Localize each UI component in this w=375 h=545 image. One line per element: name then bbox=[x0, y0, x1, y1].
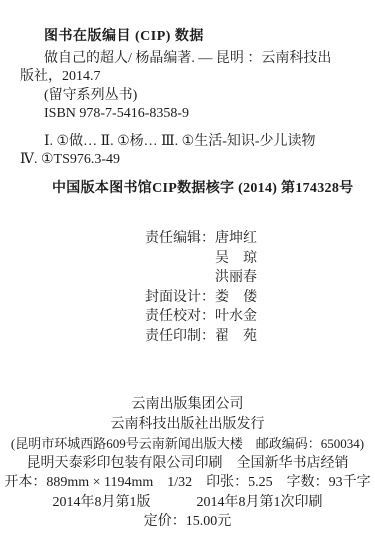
staff-row: 封面设计： 娄 偻 bbox=[145, 288, 257, 308]
cip-series: (留守系列丛书) bbox=[20, 87, 365, 106]
staff-name: 唐坤红 bbox=[215, 229, 257, 249]
cip-title-line-2: 版社，2014.7 bbox=[20, 68, 365, 87]
cip-title-line-1: 做自己的超人/ 杨晶编著. — 昆明 ：云南科技出 bbox=[20, 50, 365, 69]
cip-classification-line-1: Ⅰ. ①做… Ⅱ. ①杨… Ⅲ. ①生活-知识-少儿读物 bbox=[20, 133, 365, 152]
format-line: 开本：889mm × 1194mm 1/32 印张：5.25 字数：93千字 bbox=[0, 473, 375, 493]
publisher-address-line: (昆明市环城西路609号云南新闻出版大楼 邮政编码：650034) bbox=[0, 434, 375, 454]
staff-name: 吴 琼 bbox=[215, 249, 257, 269]
staff-row: 责任印制： 翟 苑 bbox=[145, 327, 257, 347]
cip-heading: 图书在版编目 (CIP) 数据 bbox=[20, 28, 365, 47]
publisher-line: 云南科技出版社出版发行 bbox=[0, 415, 375, 435]
staff-row: 责任校对： 叶水金 bbox=[145, 307, 257, 327]
cip-record-number: 中国版本图书馆CIP数据核字 (2014) 第174328号 bbox=[20, 180, 365, 199]
staff-role-label bbox=[145, 249, 215, 269]
cip-isbn: ISBN 978-7-5416-8358-9 bbox=[20, 105, 365, 124]
copyright-page: 图书在版编目 (CIP) 数据 做自己的超人/ 杨晶编著. — 昆明 ：云南科技… bbox=[0, 0, 375, 545]
colophon-block: 云南出版集团公司 云南科技出版社出版发行 (昆明市环城西路609号云南新闻出版大… bbox=[0, 395, 375, 532]
staff-row: 洪丽春 bbox=[145, 268, 257, 288]
edition-row: 2014年8月第1版 2014年8月第1次印刷 bbox=[0, 493, 375, 513]
staff-role-label: 责任编辑： bbox=[145, 229, 215, 249]
printer-line: 昆明天泰彩印包装有限公司印刷 全国新华书店经销 bbox=[0, 454, 375, 474]
staff-role-label bbox=[145, 268, 215, 288]
edition-text: 2014年8月第1版 bbox=[53, 493, 151, 513]
printing-text: 2014年8月第1次印刷 bbox=[197, 493, 323, 513]
price-line: 定价：15.00元 bbox=[0, 512, 375, 532]
staff-name: 叶水金 bbox=[215, 307, 257, 327]
staff-row: 责任编辑： 唐坤红 bbox=[145, 229, 257, 249]
staff-block: 责任编辑： 唐坤红 吴 琼 洪丽春 封面设计： 娄 偻 责任校对： 叶水金 责任… bbox=[145, 229, 257, 346]
staff-row: 吴 琼 bbox=[145, 249, 257, 269]
publisher-group-line: 云南出版集团公司 bbox=[0, 395, 375, 415]
cip-block: 图书在版编目 (CIP) 数据 做自己的超人/ 杨晶编著. — 昆明 ：云南科技… bbox=[20, 28, 365, 198]
staff-role-label: 封面设计： bbox=[145, 288, 215, 308]
staff-role-label: 责任印制： bbox=[145, 327, 215, 347]
staff-role-label: 责任校对： bbox=[145, 307, 215, 327]
cip-classification-line-2: Ⅳ. ①TS976.3-49 bbox=[20, 151, 365, 170]
staff-name: 翟 苑 bbox=[215, 327, 257, 347]
staff-name: 洪丽春 bbox=[215, 268, 257, 288]
staff-name: 娄 偻 bbox=[215, 288, 257, 308]
